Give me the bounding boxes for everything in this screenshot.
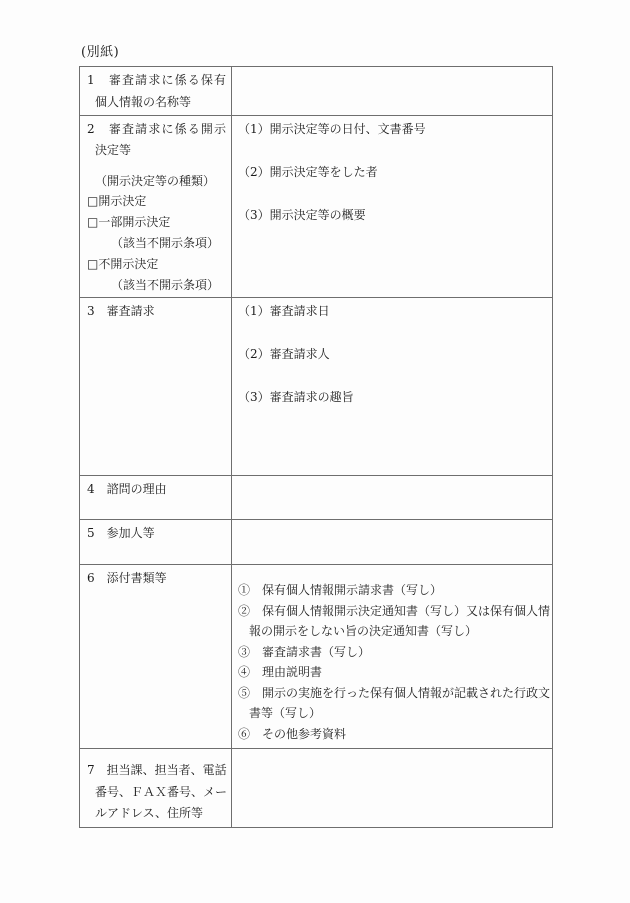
decision-summary-item: （3）開示決定等の概要 — [238, 205, 547, 227]
row6-value-cell: ① 保有個人情報開示請求書（写し） ② 保有個人情報開示決定通知書（写し）又は保… — [232, 565, 553, 749]
attachment-item-5-line-1: ⑤ 開示の実施を行った保有個人情報が記載された行政文 — [238, 683, 547, 704]
checkbox-partial-disclosure-decision: □一部開示決定 — [87, 212, 226, 233]
decision-date-doc-number-item: （1）開示決定等の日付、文書番号 — [238, 119, 547, 141]
row2-label-line-1: 2 審査請求に係る開示 — [87, 119, 226, 140]
row5-label-line-1: 5 参加人等 — [87, 523, 226, 545]
row4-label-cell: 4 諮問の理由 — [80, 476, 232, 520]
row4-value-cell — [232, 476, 553, 520]
row3-label-cell: 3 審査請求 — [80, 298, 232, 476]
request-date-item: （1）審査請求日 — [238, 301, 547, 323]
row1-label-cell: 1 審査請求に係る保有 個人情報の名称等 — [80, 67, 232, 116]
checkbox-disclosure-decision: □開示決定 — [87, 191, 226, 212]
document-page: (別紙) 1 審査請求に係る保有 個人情報の名称等 2 審査請求に係る開示 決定… — [0, 0, 630, 903]
attachment-item-5-line-2: 書等（写し） — [238, 703, 547, 724]
applicable-nondisclosure-clause-note-2: （該当不開示条項） — [87, 275, 226, 296]
table-row-disclosure-decision: 2 審査請求に係る開示 決定等 （開示決定等の種類） □開示決定 □一部開示決定… — [80, 116, 553, 298]
applicable-nondisclosure-clause-note-1: （該当不開示条項） — [87, 233, 226, 254]
row7-label-cell: 7 担当課、担当者、電話 番号、ＦＡＸ番号、メー ルアドレス、住所等 — [80, 749, 232, 828]
attachment-item-4: ④ 理由説明書 — [238, 662, 547, 683]
row6-label-cell: 6 添付書類等 — [80, 565, 232, 749]
row2-value-cell: （1）開示決定等の日付、文書番号 （2）開示決定等をした者 （3）開示決定等の概… — [232, 116, 553, 298]
request-purpose-item: （3）審査請求の趣旨 — [238, 387, 547, 409]
row1-label-line-1: 1 審査請求に係る保有 — [87, 70, 226, 92]
attachment-item-1: ① 保有個人情報開示請求書（写し） — [238, 580, 547, 601]
row7-label-line-1: 7 担当課、担当者、電話 — [87, 760, 226, 782]
table-row-contact-info: 7 担当課、担当者、電話 番号、ＦＡＸ番号、メー ルアドレス、住所等 — [80, 749, 553, 828]
row3-label-line-1: 3 審査請求 — [87, 301, 226, 323]
row7-value-cell — [232, 749, 553, 828]
row5-value-cell — [232, 520, 553, 565]
table-row-held-personal-info-name: 1 審査請求に係る保有 個人情報の名称等 — [80, 67, 553, 116]
row6-label-line-1: 6 添付書類等 — [87, 568, 226, 590]
table-row-consultation-reason: 4 諮問の理由 — [80, 476, 553, 520]
requester-item: （2）審査請求人 — [238, 344, 547, 366]
decision-maker-item: （2）開示決定等をした者 — [238, 162, 547, 184]
row7-label-line-3: ルアドレス、住所等 — [87, 803, 226, 825]
appeal-review-form-table: 1 審査請求に係る保有 個人情報の名称等 2 審査請求に係る開示 決定等 （開示… — [79, 66, 553, 828]
attachment-item-2-line-2: 報の開示をしない旨の決定通知書（写し） — [238, 621, 547, 642]
table-row-attached-documents: 6 添付書類等 ① 保有個人情報開示請求書（写し） ② 保有個人情報開示決定通知… — [80, 565, 553, 749]
row5-label-cell: 5 参加人等 — [80, 520, 232, 565]
attachment-item-3: ③ 審査請求書（写し） — [238, 642, 547, 663]
row2-label-line-2: 決定等 — [87, 140, 226, 161]
row7-label-line-2: 番号、ＦＡＸ番号、メー — [87, 782, 226, 804]
row1-label-line-2: 個人情報の名称等 — [87, 92, 226, 114]
row3-value-cell: （1）審査請求日 （2）審査請求人 （3）審査請求の趣旨 — [232, 298, 553, 476]
row4-label-line-1: 4 諮問の理由 — [87, 479, 226, 501]
checkbox-nondisclosure-decision: □不開示決定 — [87, 254, 226, 275]
row1-value-cell — [232, 67, 553, 116]
table-row-intervenors: 5 参加人等 — [80, 520, 553, 565]
table-row-examination-request: 3 審査請求 （1）審査請求日 （2）審査請求人 （3）審査請求の趣旨 — [80, 298, 553, 476]
attachment-item-2-line-1: ② 保有個人情報開示決定通知書（写し）又は保有個人情 — [238, 601, 547, 622]
attachment-item-6: ⑥ その他参考資料 — [238, 724, 547, 745]
decision-type-heading: （開示決定等の種類） — [87, 171, 226, 192]
row2-label-cell: 2 審査請求に係る開示 決定等 （開示決定等の種類） □開示決定 □一部開示決定… — [80, 116, 232, 298]
attachment-note: (別紙) — [81, 41, 119, 60]
